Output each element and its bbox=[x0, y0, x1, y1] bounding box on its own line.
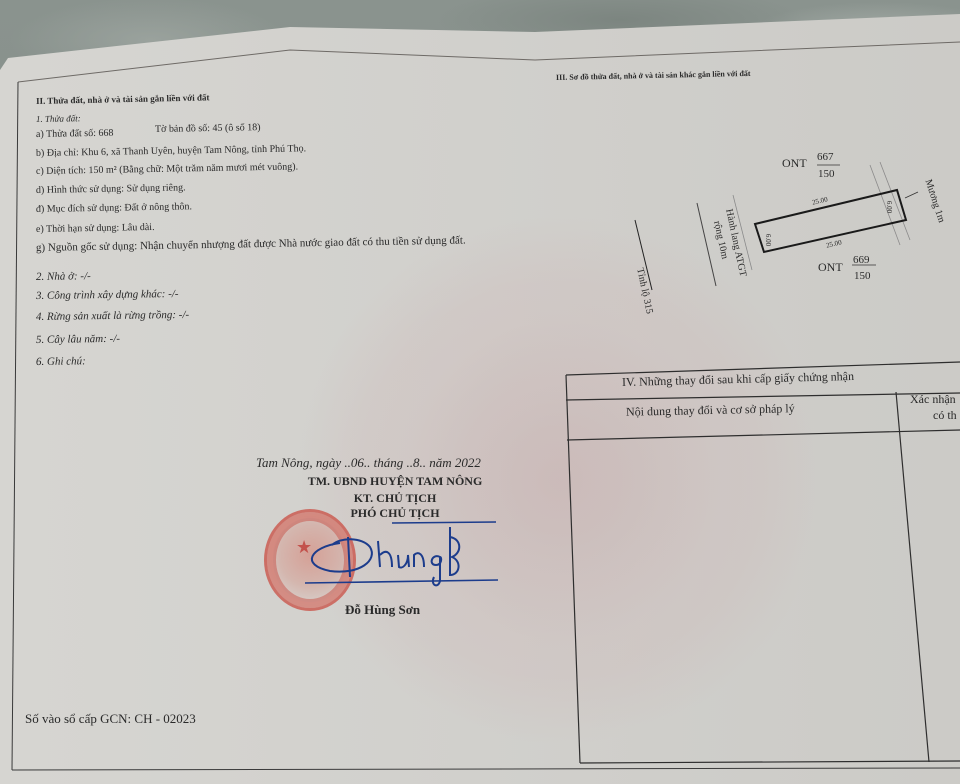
issuing-organization: TM. UBND HUYỆN TAM NÔNG bbox=[280, 474, 510, 489]
neighbor-top-code: ONT bbox=[782, 156, 807, 171]
table-header-confirmation-line2: có th bbox=[933, 408, 957, 423]
neighbor-bottom-parcel: 669 bbox=[853, 254, 870, 266]
certificate-registry-number: Số vào sổ cấp GCN: CH - 02023 bbox=[25, 711, 196, 727]
parcel-number: a) Thửa đất số: 668 bbox=[36, 128, 114, 140]
item-other-construction: 3. Công trình xây dựng khác: -/- bbox=[36, 288, 179, 302]
signer-name: Đỗ Hùng Sơn bbox=[345, 602, 420, 618]
neighbor-bottom-area: 150 bbox=[854, 270, 871, 282]
map-sheet-number: Tờ bản đồ số: 45 (ô số 18) bbox=[155, 122, 261, 135]
neighbor-top-parcel: 667 bbox=[817, 151, 834, 163]
subsection-1-title: 1. Thửa đất: bbox=[36, 113, 81, 124]
usage-duration: e) Thời hạn sử dụng: Lâu dài. bbox=[36, 222, 155, 235]
edge-right-length: 6.00 bbox=[885, 201, 893, 213]
handwritten-signature bbox=[300, 515, 510, 595]
item-house: 2. Nhà ở: -/- bbox=[36, 270, 91, 283]
edge-left-length: 6.00 bbox=[764, 234, 772, 246]
watermark-drum-pattern bbox=[0, 0, 960, 784]
place-and-date: Tam Nông, ngày ..06.. tháng ..8.. năm 20… bbox=[256, 455, 481, 471]
signer-role-1: KT. CHỦ TỊCH bbox=[280, 491, 510, 506]
parcel-diagram bbox=[600, 140, 960, 320]
neighbor-bottom-code: ONT bbox=[818, 260, 843, 275]
neighbor-top-area: 150 bbox=[818, 168, 835, 180]
table-header-confirmation-line1: Xác nhận bbox=[910, 392, 956, 407]
item-notes: 6. Ghi chú: bbox=[36, 355, 86, 368]
item-perennial-trees: 5. Cây lâu năm: -/- bbox=[36, 333, 120, 346]
item-planted-forest: 4. Rừng sản xuất là rừng trồng: -/- bbox=[36, 309, 189, 323]
